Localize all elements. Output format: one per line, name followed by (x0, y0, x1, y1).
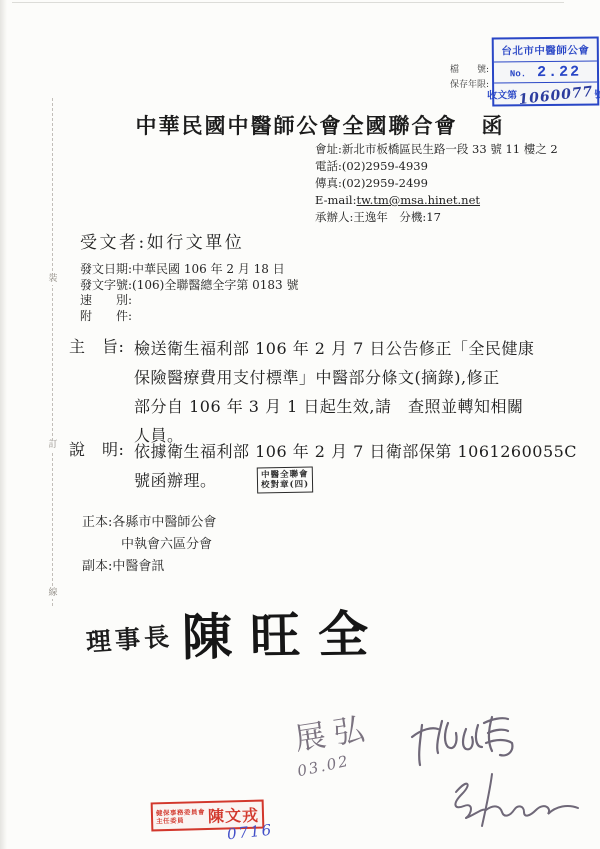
subject-line: 部分自 106 年 3 月 1 日起生效,請 查照並轉知相關 (134, 392, 534, 421)
cc-copy-row: 副本:中醫會訊 (82, 556, 216, 578)
chairman-title: 理事長 (85, 617, 174, 659)
cc-copy-value: 中醫會訊 (112, 559, 164, 574)
attachment-row: 附 件: (80, 309, 298, 325)
committee-stamp-dept-line2: 主任委員 (156, 816, 205, 825)
handwritten-code: 0716 (226, 821, 274, 844)
contact-handler-value: 王逸年 分機:17 (353, 210, 441, 224)
subject-body: 檢送衛生福利部 106 年 2 月 7 日公告修正「全民健康 保險醫療費用支付標… (134, 334, 534, 450)
recipient-label: 受文者: (80, 233, 147, 253)
explanation-line-text: 號函辦理。 (134, 471, 217, 490)
receipt-stamp: 台北市中醫師公會 No. 2.22 收文第1060077號 (492, 37, 600, 107)
contact-phone-label: 電話: (315, 159, 342, 173)
copies-block: 正本:各縣市中醫師公會 中執會六區分會 副本:中醫會訊 (82, 512, 216, 578)
handwritten-signature (408, 703, 538, 778)
binding-mark-xian: 線 (46, 588, 60, 599)
contact-fax-label: 傳真: (315, 176, 342, 190)
explanation-line: 號函辦理。中醫全聯會校對章(四) (134, 466, 577, 495)
recipient-line: 受文者:如行文單位 (80, 228, 244, 253)
priority-label: 速 別: (80, 293, 132, 307)
receipt-stamp-date: No. 2.22 (494, 62, 597, 84)
meta-block: 發文日期:中華民國 106 年 2 月 18 日 發文字號:(106)全聯醫總全… (80, 262, 298, 324)
original-copy-value-1: 各縣市中醫師公會 (112, 515, 216, 530)
original-copy-value-2: 中執會六區分會 (82, 534, 216, 556)
issue-date-value: 中華民國 106 年 2 月 18 日 (132, 262, 285, 276)
contact-address: 會址:新北市板橋區民生路一段 33 號 11 樓之 2 (315, 141, 558, 158)
contact-email-label: E-mail: (315, 193, 357, 207)
explanation-body: 依據衛生福利部 106 年 2 月 7 日衛部保第 1061260055C 號函… (134, 437, 577, 495)
receipt-stamp-date-value: 2.22 (537, 64, 581, 81)
contact-block: 會址:新北市板橋區民生路一段 33 號 11 樓之 2 電話:(02)2959-… (315, 141, 558, 226)
receipt-prefix: 收文第 (487, 86, 517, 101)
retention-label: 保存年限: (450, 78, 489, 93)
contact-fax-value: (02)2959-2499 (342, 176, 428, 190)
doc-number-value: (106)全聯醫總全字第 0183 號 (132, 278, 298, 292)
handwritten-note: 展弘 (291, 702, 375, 759)
doc-number-row: 發文字號:(106)全聯醫總全字第 0183 號 (80, 278, 298, 294)
doc-type: 函 (482, 113, 505, 138)
explanation-line: 依據衛生福利部 106 年 2 月 7 日衛部保第 1061260055C (134, 437, 577, 466)
header-title-row: 中華民國中醫師公會全國聯合會函 (40, 110, 600, 140)
committee-stamp-dept: 健保事務委員會 主任委員 (156, 808, 205, 825)
priority-row: 速 別: (80, 293, 298, 309)
issue-date-row: 發文日期:中華民國 106 年 2 月 18 日 (80, 262, 298, 278)
receipt-stamp-org: 台北市中醫師公會 (494, 39, 597, 63)
cc-copy-label: 副本: (82, 559, 112, 574)
scan-top-line (12, 2, 564, 3)
binding-mark-zhuang: 裝 (46, 274, 60, 285)
filing-labels: 檔 號: 保存年限: (450, 63, 489, 93)
verification-stamp-line1: 中醫全聯會 (260, 469, 308, 480)
verification-stamp: 中醫全聯會校對章(四) (256, 466, 312, 493)
subject-line: 檢送衛生福利部 106 年 2 月 7 日公告修正「全民健康 (134, 334, 534, 363)
chairman-signature: 陳旺全 (181, 594, 386, 670)
contact-handler-label: 承辦人: (315, 210, 353, 224)
original-copy-row: 正本:各縣市中醫師公會 (82, 512, 216, 534)
subject-label: 主 旨: (69, 334, 124, 357)
document-page: 裝 訂 線 檔 號: 保存年限: 台北市中醫師公會 No. 2.22 收文第10… (0, 0, 600, 849)
receipt-suffix: 號 (594, 85, 600, 100)
contact-fax: 傳真:(02)2959-2499 (315, 175, 558, 192)
contact-phone: 電話:(02)2959-4939 (315, 158, 558, 175)
scan-edge-shading (0, 0, 7, 849)
contact-email: E-mail:tw.tm@msa.hinet.net (315, 192, 558, 209)
handwritten-flourish (428, 768, 588, 838)
file-number-label: 檔 號: (450, 63, 489, 78)
explanation-label: 說 明: (69, 437, 124, 460)
recipient-value: 如行文單位 (147, 233, 245, 253)
binding-mark-ding: 訂 (46, 440, 60, 451)
attachment-label: 附 件: (80, 309, 132, 323)
contact-address-label: 會址: (315, 142, 342, 156)
subject-line: 保險醫療費用支付標準」中醫部分條文(摘錄),修正 (134, 363, 534, 392)
receipt-number-handwritten: 1060077 (518, 84, 595, 108)
contact-address-value: 新北市板橋區民生路一段 33 號 11 樓之 2 (342, 142, 558, 156)
contact-handler: 承辦人:王逸年 分機:17 (315, 209, 558, 226)
issue-date-label: 發文日期: (80, 262, 132, 276)
receipt-stamp-no-prefix: No. (510, 69, 526, 79)
receipt-stamp-number-row: 收文第1060077號 (494, 83, 597, 105)
verification-stamp-line2: 校對章(四) (260, 479, 308, 490)
doc-number-label: 發文字號: (80, 278, 132, 292)
original-copy-label: 正本: (82, 515, 112, 530)
org-title: 中華民國中醫師公會全國聯合會 (136, 113, 458, 138)
contact-email-value: tw.tm@msa.hinet.net (357, 193, 481, 207)
binding-dotted-line (52, 98, 53, 606)
contact-phone-value: (02)2959-4939 (342, 159, 428, 173)
